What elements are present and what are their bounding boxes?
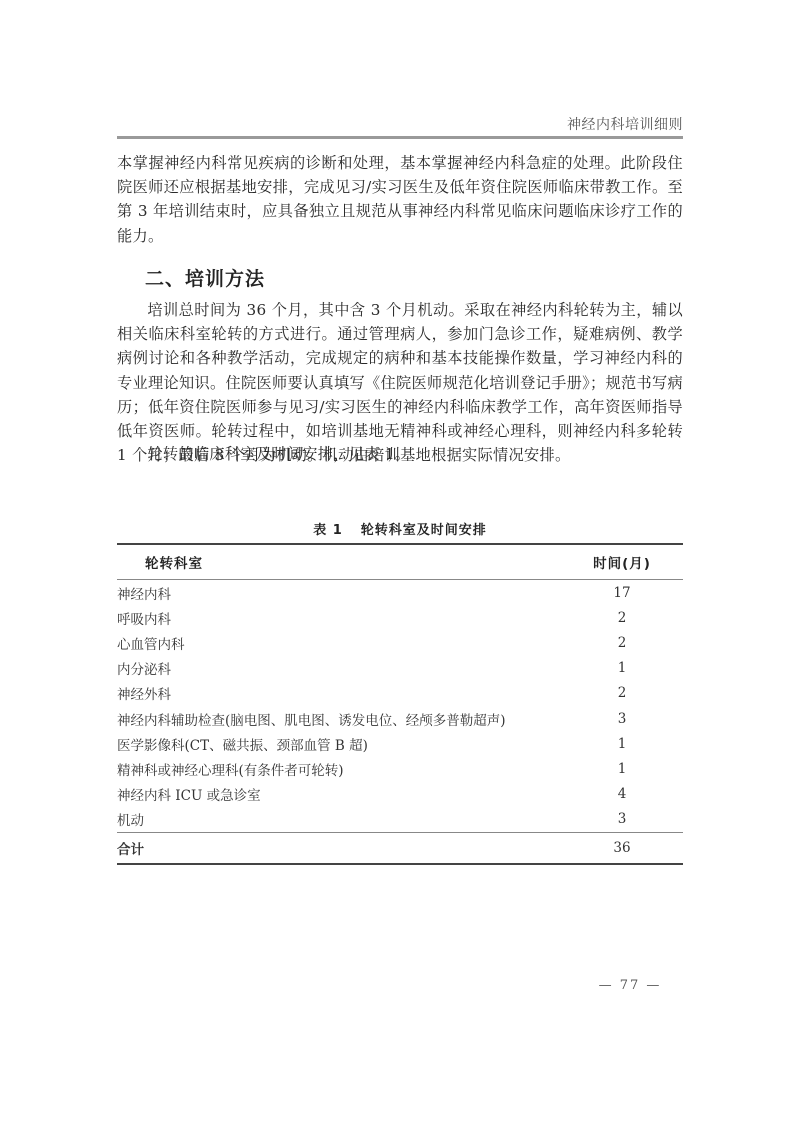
cell-time: 2 <box>561 605 683 630</box>
table-row: 医学影像科(CT、磁共振、颈部血管 B 超)1 <box>117 731 683 756</box>
cell-dept: 机动 <box>117 807 561 833</box>
paragraph-table-reference: 轮转的临床科室及时间安排，见表 1。 <box>117 442 683 466</box>
table-header-row: 轮转科室 时间(月) <box>117 544 683 580</box>
table-caption-title: 轮转科室及时间安排 <box>361 523 487 538</box>
cell-time: 2 <box>561 681 683 706</box>
table-caption-number: 表 1 <box>313 523 343 538</box>
cell-dept: 神经内科 <box>117 580 561 606</box>
cell-time: 3 <box>561 706 683 731</box>
cell-time: 1 <box>561 731 683 756</box>
total-label: 合计 <box>117 832 561 864</box>
table-row: 呼吸内科2 <box>117 605 683 630</box>
cell-dept: 精神科或神经心理科(有条件者可轮转) <box>117 756 561 781</box>
running-head: 神经内科培训细则 <box>117 114 683 134</box>
cell-dept: 呼吸内科 <box>117 605 561 630</box>
table-row: 神经外科2 <box>117 681 683 706</box>
column-header-time: 时间(月) <box>561 544 683 580</box>
column-header-dept: 轮转科室 <box>117 544 561 580</box>
cell-dept: 心血管内科 <box>117 630 561 655</box>
table-total-row: 合计36 <box>117 832 683 864</box>
page-number: — 77 — <box>560 978 700 993</box>
table-row: 精神科或神经心理科(有条件者可轮转)1 <box>117 756 683 781</box>
section-heading: 二、培训方法 <box>145 264 265 291</box>
table-row: 神经内科辅助检查(脑电图、肌电图、诱发电位、经颅多普勒超声)3 <box>117 706 683 731</box>
paragraph-continued: 本掌握神经内科常见疾病的诊断和处理，基本掌握神经内科急症的处理。此阶段住院医师还… <box>117 151 683 248</box>
table-caption: 表 1轮转科室及时间安排 <box>117 519 683 538</box>
cell-time: 2 <box>561 630 683 655</box>
table-row: 内分泌科1 <box>117 656 683 681</box>
table-row: 心血管内科2 <box>117 630 683 655</box>
cell-time: 17 <box>561 580 683 606</box>
paragraph-table-reference-text: 轮转的临床科室及时间安排，见表 1。 <box>117 442 683 466</box>
cell-time: 4 <box>561 782 683 807</box>
cell-time: 1 <box>561 656 683 681</box>
table-row: 神经内科 ICU 或急诊室4 <box>117 782 683 807</box>
table-row: 神经内科17 <box>117 580 683 606</box>
cell-dept: 神经内科辅助检查(脑电图、肌电图、诱发电位、经颅多普勒超声) <box>117 706 561 731</box>
total-value: 36 <box>561 832 683 864</box>
cell-dept: 内分泌科 <box>117 656 561 681</box>
header-rule <box>117 136 683 139</box>
table-row: 机动3 <box>117 807 683 833</box>
cell-dept: 医学影像科(CT、磁共振、颈部血管 B 超) <box>117 731 561 756</box>
cell-dept: 神经内科 ICU 或急诊室 <box>117 782 561 807</box>
cell-time: 3 <box>561 807 683 833</box>
cell-time: 1 <box>561 756 683 781</box>
cell-dept: 神经外科 <box>117 681 561 706</box>
rotation-table: 轮转科室 时间(月) 神经内科17 呼吸内科2 心血管内科2 内分泌科1 神经外… <box>117 543 683 865</box>
